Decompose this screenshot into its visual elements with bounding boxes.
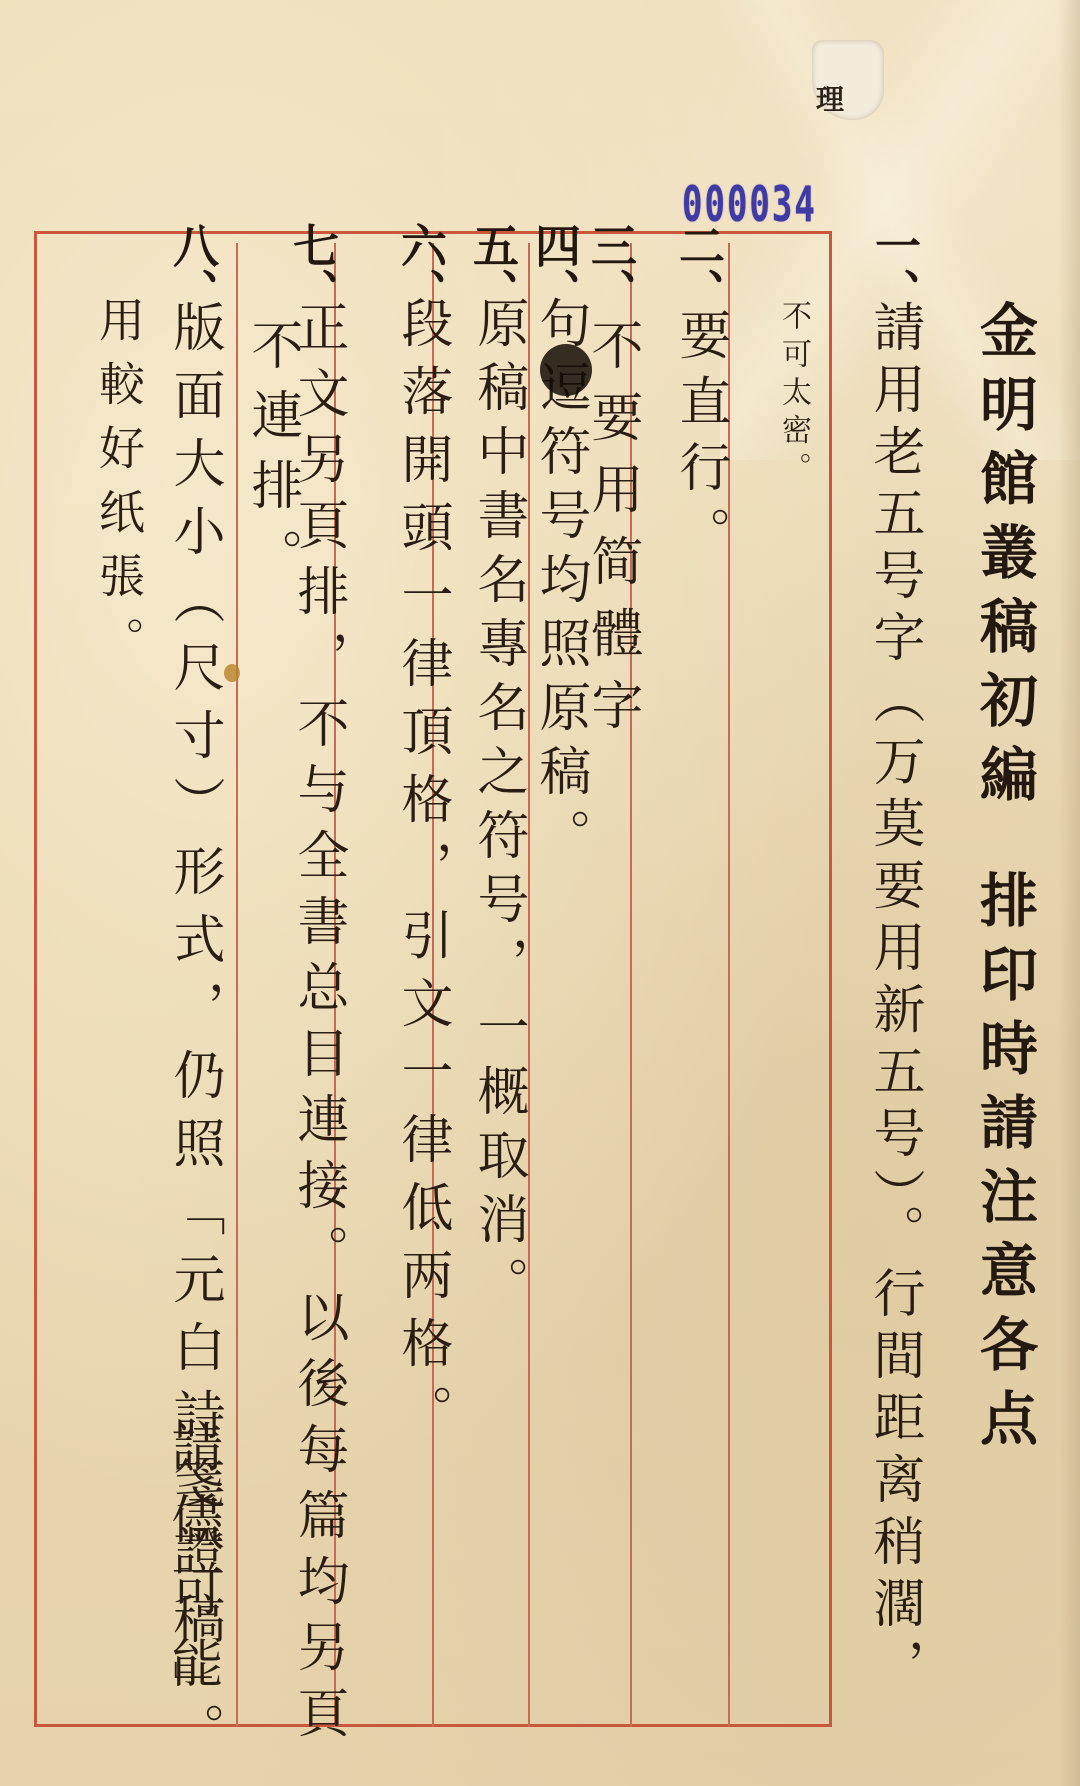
item-note-1: 不可太密。: [778, 300, 808, 490]
ink-blot: [540, 344, 592, 396]
item-text-6: 段落開頭一律頂格，引文一律低两格。: [396, 296, 448, 1452]
document-title: 金明館叢稿初編: [975, 300, 1033, 818]
item-continuation-8: 用較好纸張。: [96, 296, 142, 680]
item-text-2: 要直行。: [674, 308, 726, 572]
column-rule: [236, 243, 238, 1727]
item-text-1: 請用老五号字（万莫要用新五号）。行間距离稍濶，: [868, 300, 920, 1700]
item-number-2: 二、: [676, 222, 722, 314]
item-text-3: 不要用简體字: [586, 318, 638, 750]
item-continuation-7: 不連排。: [246, 318, 298, 598]
paper-stain: [224, 664, 240, 682]
item-number-3: 三、: [588, 222, 634, 314]
item-text-5: 原稿中書名專名之符号，一概取消。: [472, 296, 524, 1320]
item-closing-8: 請儘可能: [166, 1420, 218, 1708]
document-subtitle: 排印時請注意各点: [975, 870, 1033, 1462]
torn-corner-character: 理: [816, 78, 844, 118]
paper-edge: [1058, 0, 1080, 1786]
